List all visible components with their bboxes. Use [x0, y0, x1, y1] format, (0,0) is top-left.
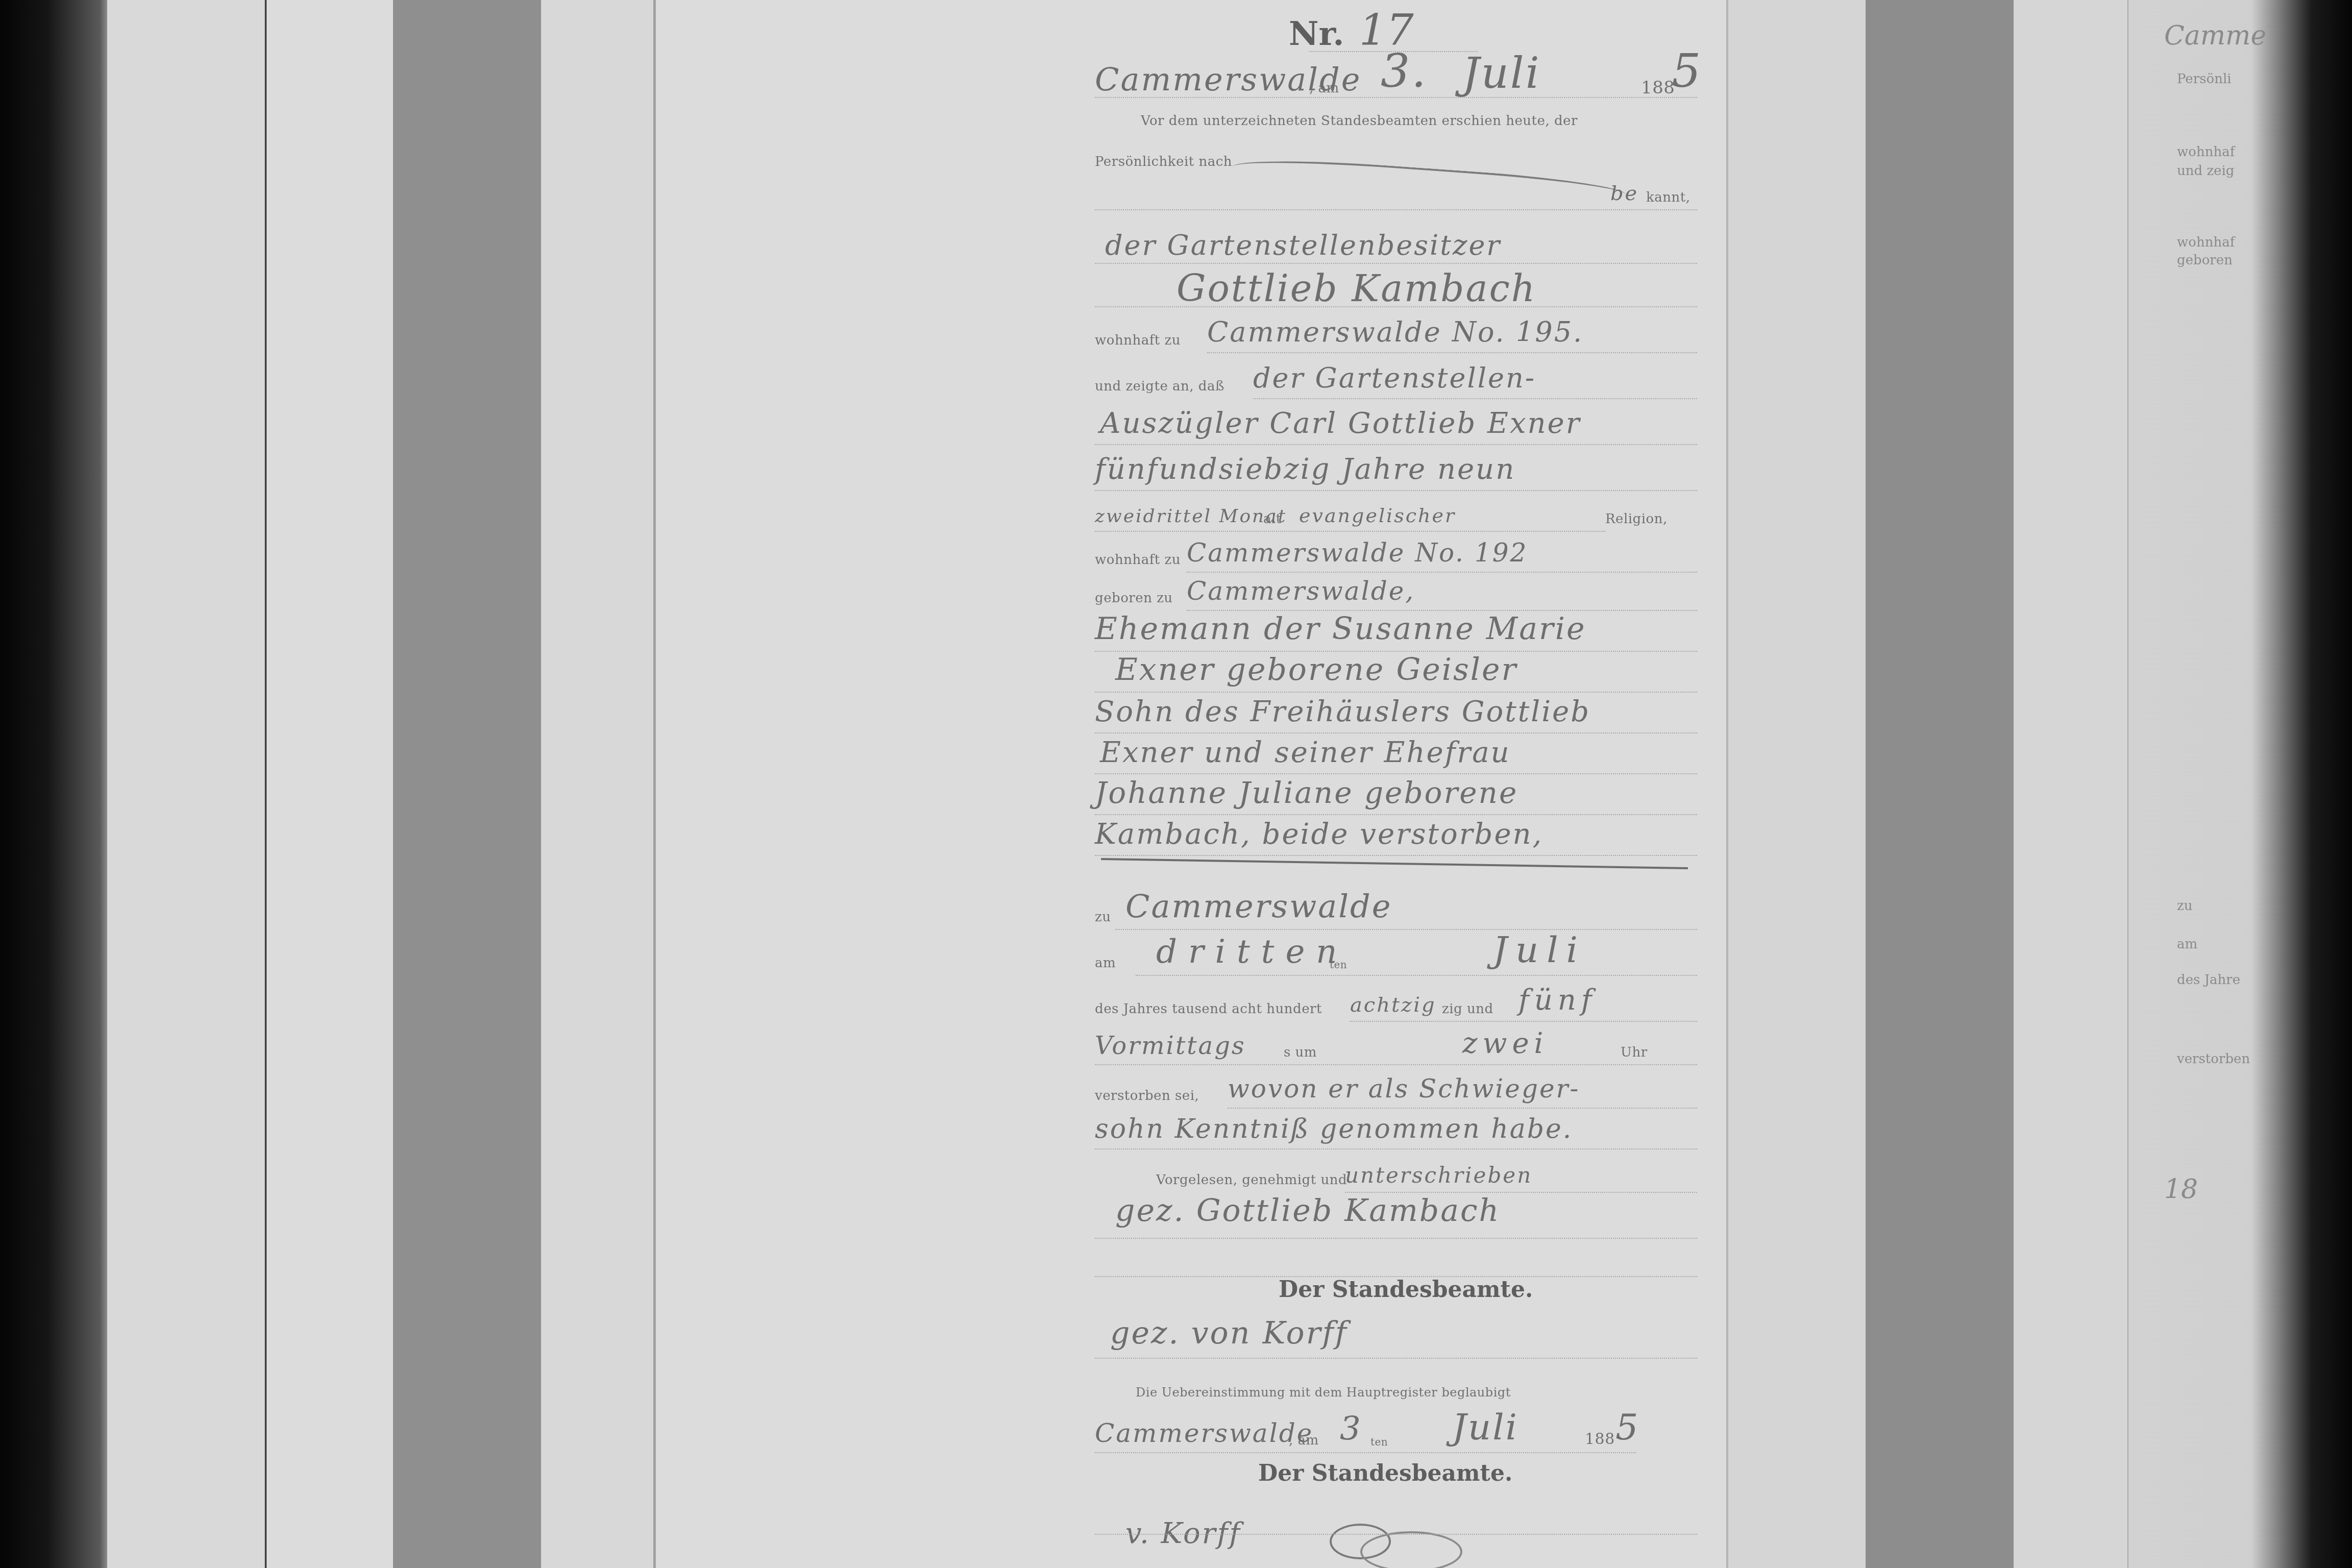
header-year-prefix: 188	[1641, 78, 1675, 98]
certification-date-row: Cammerswalde , am 3 ten Juli 188 5	[1095, 1401, 1697, 1457]
death-month: Juli	[1493, 929, 1586, 971]
paper-edge-strip	[541, 0, 654, 1568]
adjacent-line: und zeig	[2177, 163, 2234, 179]
identity-suffix-row: be kannt,	[1095, 168, 1697, 214]
certification-month: Juli	[1452, 1406, 1518, 1448]
header-year-suffix: 5	[1672, 44, 1702, 98]
identity-label: Persönlichkeit nach	[1095, 154, 1232, 169]
header-month: Juli	[1462, 48, 1541, 98]
paper-edge-strip	[2014, 0, 2128, 1568]
adjacent-header-fragment: Camme	[2164, 20, 2266, 51]
paper-edge-strip	[266, 0, 393, 1568]
adjacent-line: wohnhaf	[2177, 235, 2235, 250]
deceased-occupation-1: der Gartenstellen-	[1253, 362, 1536, 394]
informant-occupation: der Gartenstellenbesitzer	[1105, 229, 1501, 261]
dotted-line	[1095, 1358, 1697, 1359]
death-place: Cammerswalde	[1125, 888, 1392, 925]
certification-day: 3	[1340, 1410, 1362, 1448]
paper-edge-strip	[107, 0, 265, 1568]
deceased-parents-4: Kambach, beide verstorben,	[1095, 818, 1543, 851]
header-am-label: , am	[1309, 81, 1339, 96]
death-year-unit: fünf	[1518, 984, 1597, 1017]
certification-day-suffix: ten	[1370, 1436, 1388, 1448]
adjacent-line: des Jahre	[2177, 972, 2240, 988]
adjacent-line: verstorben	[2177, 1051, 2250, 1067]
certification-am-label: , am	[1289, 1433, 1319, 1448]
adjacent-line: Persönli	[2177, 71, 2232, 87]
death-day: dritten	[1156, 933, 1349, 971]
signature-flourish	[1360, 1531, 1462, 1568]
header-day: 3.	[1381, 44, 1428, 98]
informant-residence-label: wohnhaft zu	[1095, 333, 1181, 348]
informant-signature-row: gez. Gottlieb Kambach	[1095, 1182, 1697, 1238]
document-page: Nr. 17 Cammerswalde , am 3. Juli 188 5 V…	[654, 0, 1726, 1568]
certification-year-suffix: 5	[1615, 1406, 1640, 1448]
registrar-signature-row: gez. von Korff	[1095, 1304, 1697, 1360]
death-place-label: zu	[1095, 910, 1111, 925]
parents-row-4: Kambach, beide verstorben,	[1095, 804, 1697, 860]
adjacent-line: wohnhaf	[2177, 144, 2235, 160]
death-time-of-day: Vormittags	[1095, 1032, 1246, 1060]
certification-registrar-row: Der Standesbeamte.	[1095, 1450, 1697, 1496]
registrar-title: Der Standesbeamte.	[1279, 1277, 1533, 1303]
adjacent-line: zu	[2177, 898, 2192, 914]
certification-year-prefix: 188	[1585, 1430, 1615, 1448]
intro-text: Vor dem unterzeichneten Standesbeamten e…	[1141, 113, 1578, 129]
gutter-band-left	[393, 0, 541, 1568]
page-edge	[1726, 0, 1866, 1568]
adjacent-line: am	[2177, 937, 2197, 952]
informant-residence: Cammerswalde No. 195.	[1207, 316, 1583, 348]
intro-row: Vor dem unterzeichneten Standesbeamten e…	[1095, 97, 1697, 138]
informant-signature: gez. Gottlieb Kambach	[1115, 1193, 1500, 1229]
identity-suffix-printed: kannt,	[1646, 190, 1690, 205]
film-edge-left	[0, 0, 117, 1568]
adjacent-number-fragment: 18	[2164, 1174, 2198, 1205]
announcement-label: und zeigte an, daß	[1095, 379, 1224, 394]
record-number-label: Nr.	[1289, 15, 1344, 53]
identity-suffix: be	[1610, 182, 1638, 205]
dotted-line	[1095, 1238, 1697, 1239]
certification-text: Die Uebereinstimmung mit dem Hauptregist…	[1136, 1385, 1511, 1400]
registrar-signature: gez. von Korff	[1110, 1315, 1348, 1351]
death-hour: zwei	[1462, 1027, 1549, 1060]
adjacent-line: geboren	[2177, 253, 2233, 268]
death-day-suffix: ten	[1330, 959, 1347, 971]
dotted-line	[1095, 855, 1697, 856]
certification-place: Cammerswalde	[1095, 1418, 1313, 1448]
death-record-form: Nr. 17 Cammerswalde , am 3. Juli 188 5 V…	[1095, 0, 1738, 1568]
dotted-line	[1095, 1534, 1697, 1535]
deceased-occupation-name: Auszügler Carl Gottlieb Exner	[1100, 407, 1581, 440]
death-remark-2: sohn Kenntniß genommen habe.	[1095, 1114, 1573, 1144]
certification-registrar-title: Der Standesbeamte.	[1258, 1460, 1512, 1486]
adjacent-page-partial: Camme Persönli wohnhaf und zeig wohnhaf …	[2128, 0, 2352, 1568]
gutter-band-right	[1866, 0, 2014, 1568]
death-date-label: am	[1095, 955, 1116, 971]
